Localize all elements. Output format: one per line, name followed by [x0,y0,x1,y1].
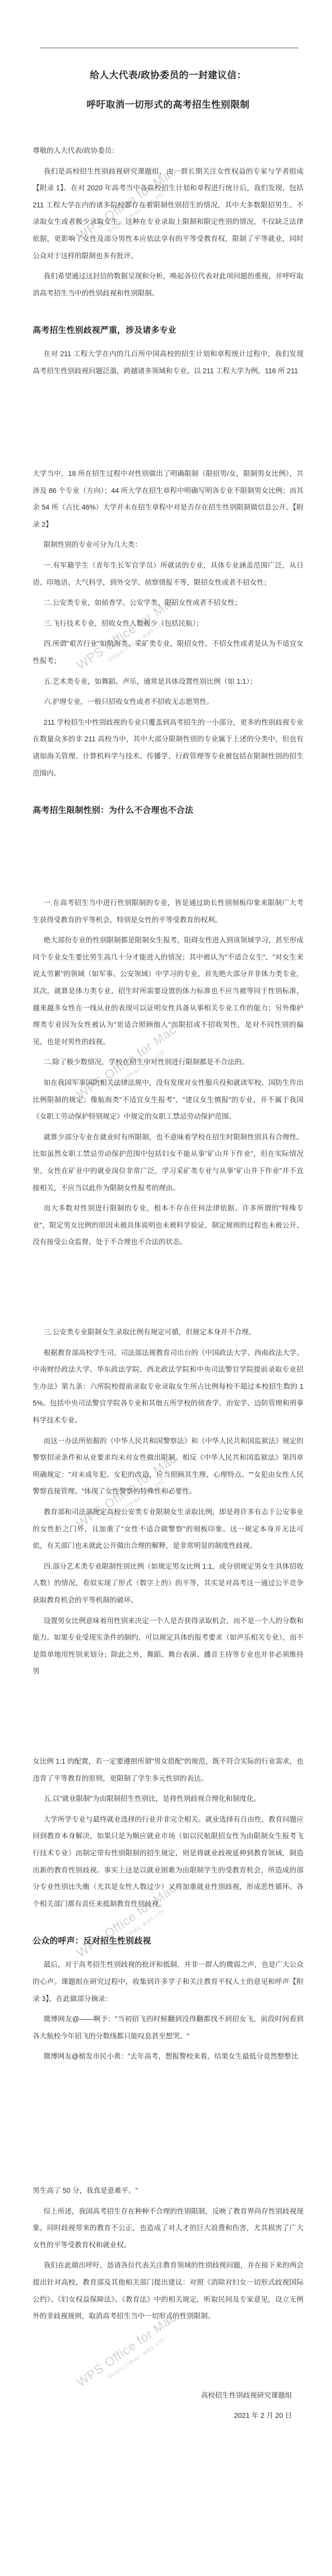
paragraph: 综上所述，我国高考招生存在种种不合理的性别限制，反映了教育界尚存性别歧视现象，同… [33,2203,303,2254]
paragraph: 一.在高考招生当中进行性别限制的专业，皆是通过助长性别刻板印象来限制广大考生获得… [33,895,303,928]
section-heading: 公众的呼声：反对招生性别歧视 [33,1933,303,1950]
paragraph: 最后，对于高考招生性别歧视的批评和抵制，并非一群人的微弱之声，也是广大公众的心声… [33,1956,303,2007]
paragraph: 微博网友@植发市民小黄："去年高考，想报警校来着，结果女生最低分竟然整整比 [33,2048,303,2065]
page-1: WPS Office for Machttps://mac.wps.cn/给人大… [0,0,332,429]
paragraph: 六.护理专业，一般只招收女性或者不招收无志愿男性。 [33,694,303,711]
letter-subtitle: 呼吁取消一切形式的高考招生性别限制 [33,97,303,112]
page-6: WPS Office for Machttps://mac.wps.cn/男生高… [0,2146,332,2576]
page-2: WPS Office for Machttps://mac.wps.cn/大学当… [0,429,332,858]
paragraph: 绝大部份专业的性别限制都是限制女生报考，阻碍女性进入到该领域学习，甚至形成同个专… [33,932,303,1050]
paragraph-continued: 男生高了 50 分，我真是意难平。" [33,2183,303,2200]
paragraph: 大学所学专业与最终就业选择的行业并非完全相关。就业选择有自由性，教育问题应回到教… [33,1811,303,1913]
paragraph: 我们希望通过这封信的数据呈现和分析，唤起各位代表对此项问题的重视，并呼吁取消高考… [33,268,303,302]
paragraph: 一.有军籍学生（青年生长军官学员）所就读的专业，具体专业涵盖范围广泛，从日语、印… [33,557,303,591]
salutation: 尊敬的人大代表/政协委员： [33,143,303,160]
paragraph: 如在我国军事国防相关法律法规中，没有发现对女性服兵役和就读军校、国防生作出比例限… [33,1075,303,1125]
paragraph: 三.公安类专业限制女生录取比例有规定可循，但规定本身并不合理。 [33,1324,303,1341]
letter-title: 给人大代表/政协委员的一封建议信： [33,67,303,83]
paragraph: 在对 211 工程大学在内的几百所中国高校的招生计划和章程统计过程中，我们发现高… [33,346,303,379]
date: 2021 年 2 月 20 日 [33,2408,303,2425]
document: WPS Office for Machttps://mac.wps.cn/给人大… [0,0,332,2576]
section-heading: 高考招生限制性别：为什么不合理也不合法 [33,803,303,819]
paragraph: 设置男女比例意味着用性别来决定一个人是否获得录取机会，而不是一个人的分数和能力。… [33,1613,303,1680]
header-rule [40,48,298,48]
paragraph: 二.公安类专业，如侦查学、公安学类，限招女性或者不招女性； [33,595,303,612]
paragraph: 我们在此做出呼吁，恳请各位代表关注教育领域的性别歧视问题，并在接下来的两会提出针… [33,2257,303,2325]
paragraph: 四.部分艺术类专业限制性别比例（如规定男女比例 1:1，或分别规定男女生具体招收… [33,1558,303,1609]
paragraph: 限制性别的专业可分为几大类： [33,537,303,554]
paragraph: 我们是高校招生性别歧视研究课题组，由一群长期关注女性权益的专家与学者组成【附录 … [33,163,303,265]
page-4: WPS Office for Machttps://mac.wps.cn/三.公… [0,1288,332,1717]
section-heading: 高考招生性别歧视严重，涉及诸多专业 [33,322,303,339]
paragraph: 而大多数对性别进行限制的专业，根本不存在任何法律依据。许多所谓的"特殊专业"，限… [33,1200,303,1251]
page-5: WPS Office for Machttps://mac.wps.cn/女比例… [0,1717,332,2146]
page-3: WPS Office for Machttps://mac.wps.cn/一.在… [0,858,332,1288]
paragraph: 而这一办法所依据的《中华人民共和国警察法》和《中华人民共和国监狱法》规定的警察招… [33,1433,303,1500]
paragraph: 根据教育部高校学生司、司法部法规教育司出台的《中国政法大学、西南政法大学、中南财… [33,1345,303,1429]
watermark-url: https://mac.wps.cn/ [106,2323,184,2381]
paragraph: 微博网友@——啊予："当初招飞的时候翻到没得翻都找不到招女飞，前段时间看到各大航… [33,2011,303,2045]
paragraph: 211 学校招生中性别歧视的专业只覆盖到高考招生的一小部分，更多的性别歧视专业在… [33,714,303,782]
paragraph: 五.以"就业限制"为由限制招生性别比，是将性别歧视合理化和制度化。 [33,1791,303,1808]
paragraph: 教育部和司法部规定高校公安类专业限制女生录取比例，即是将许多有志于公安事业的女性… [33,1504,303,1555]
paragraph: 就算少部分专业在就业时有所限制，也不意味着学校在招生时限制性别具有合理性。比如虽… [33,1129,303,1196]
paragraph: 二.除了极少数情况，学校在招生中对性别进行限制都是不合法的。 [33,1054,303,1071]
paragraph: 三.飞行技术专业，招收女性人数极少（包括民航）； [33,615,303,632]
paragraph-continued: 大学当中，18 所在招生过程中对性别做出了明确限制（限招男/女，限制男女比例），… [33,466,303,533]
paragraph: 四.所谓"艰苦行业"如航海类、采矿类专业，限招女性、不招女性或者是认为不适宜女性… [33,636,303,669]
paragraph-continued: 女比例 1:1 的配置，若一定要遵照所谓"男女搭配"的规范，既不符合实际的行业需… [33,1753,303,1787]
paragraph: 五.艺术类专业，如舞蹈、声乐，通常是具体设置性别比例（如 1:1）； [33,673,303,691]
signature: 高校招生性别歧视研究课题组 [33,2387,303,2404]
